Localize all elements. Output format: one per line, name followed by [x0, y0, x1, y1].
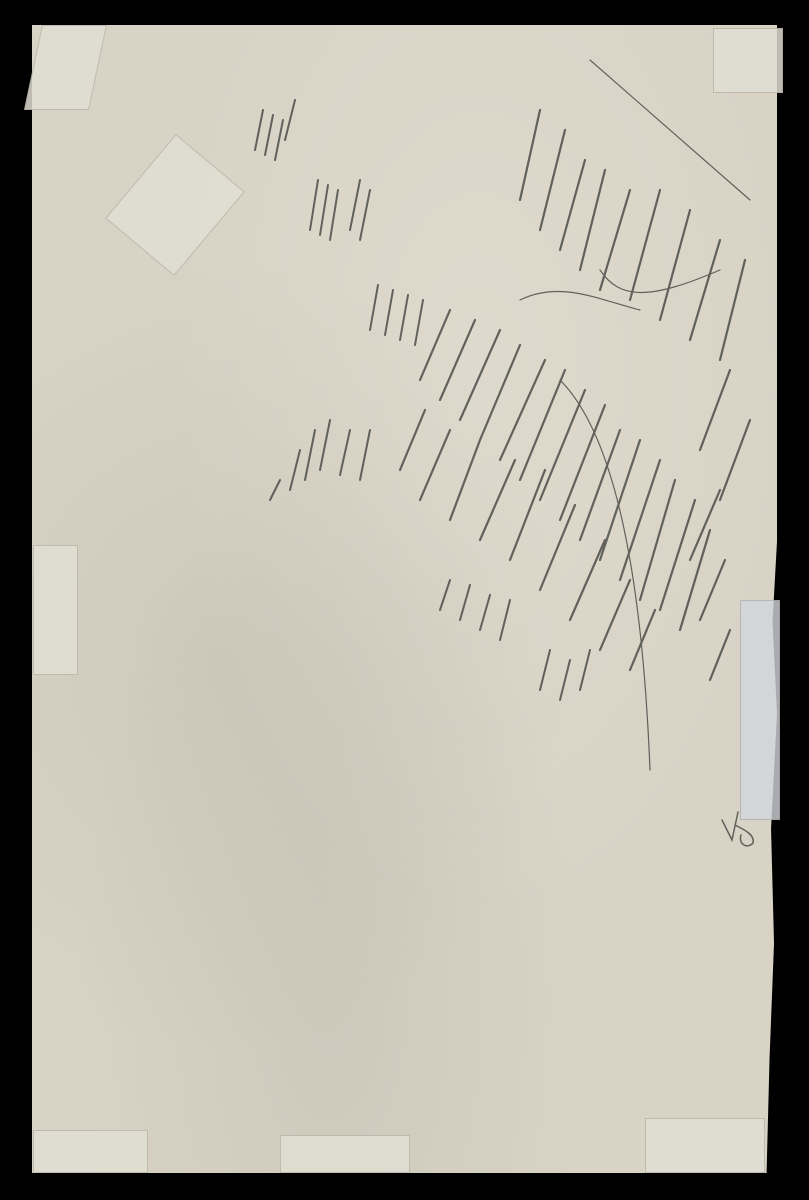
foliage-sketch — [0, 0, 809, 1200]
